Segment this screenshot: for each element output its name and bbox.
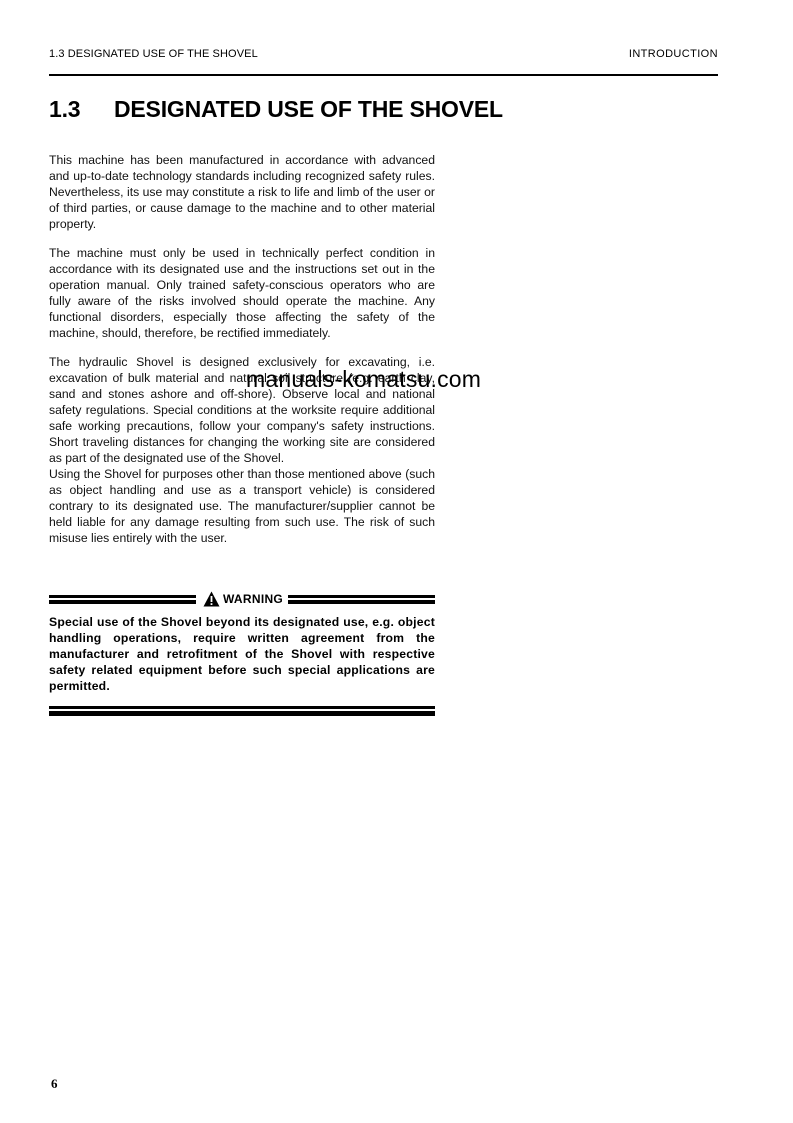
paragraph-misuse: Using the Shovel for purposes other than… bbox=[49, 466, 435, 546]
warning-box: WARNING Special use of the Shovel beyond… bbox=[49, 590, 435, 716]
warning-label-text: WARNING bbox=[223, 592, 283, 606]
warning-bar-left bbox=[49, 595, 196, 604]
section-number: 1.3 bbox=[49, 96, 114, 123]
warning-label: WARNING bbox=[196, 591, 288, 607]
section-title-text: DESIGNATED USE OF THE SHOVEL bbox=[114, 96, 503, 122]
warning-bar-right bbox=[288, 595, 435, 604]
section-title: 1.3DESIGNATED USE OF THE SHOVEL bbox=[49, 96, 503, 123]
running-header-left: 1.3 DESIGNATED USE OF THE SHOVEL bbox=[49, 48, 258, 60]
body-text: This machine has been manufactured in ac… bbox=[49, 152, 435, 559]
running-header-right: INTRODUCTION bbox=[629, 48, 718, 60]
warning-text: Special use of the Shovel beyond its des… bbox=[49, 614, 435, 694]
warning-closing-bar bbox=[49, 706, 435, 716]
paragraph-condition: The machine must only be used in technic… bbox=[49, 245, 435, 341]
page-number: 6 bbox=[51, 1076, 58, 1092]
header-rule bbox=[49, 74, 718, 76]
warning-header: WARNING bbox=[49, 590, 435, 608]
warning-triangle-icon bbox=[203, 591, 220, 607]
watermark: manuals-komatsu.com bbox=[246, 366, 481, 393]
paragraph-intro: This machine has been manufactured in ac… bbox=[49, 152, 435, 232]
